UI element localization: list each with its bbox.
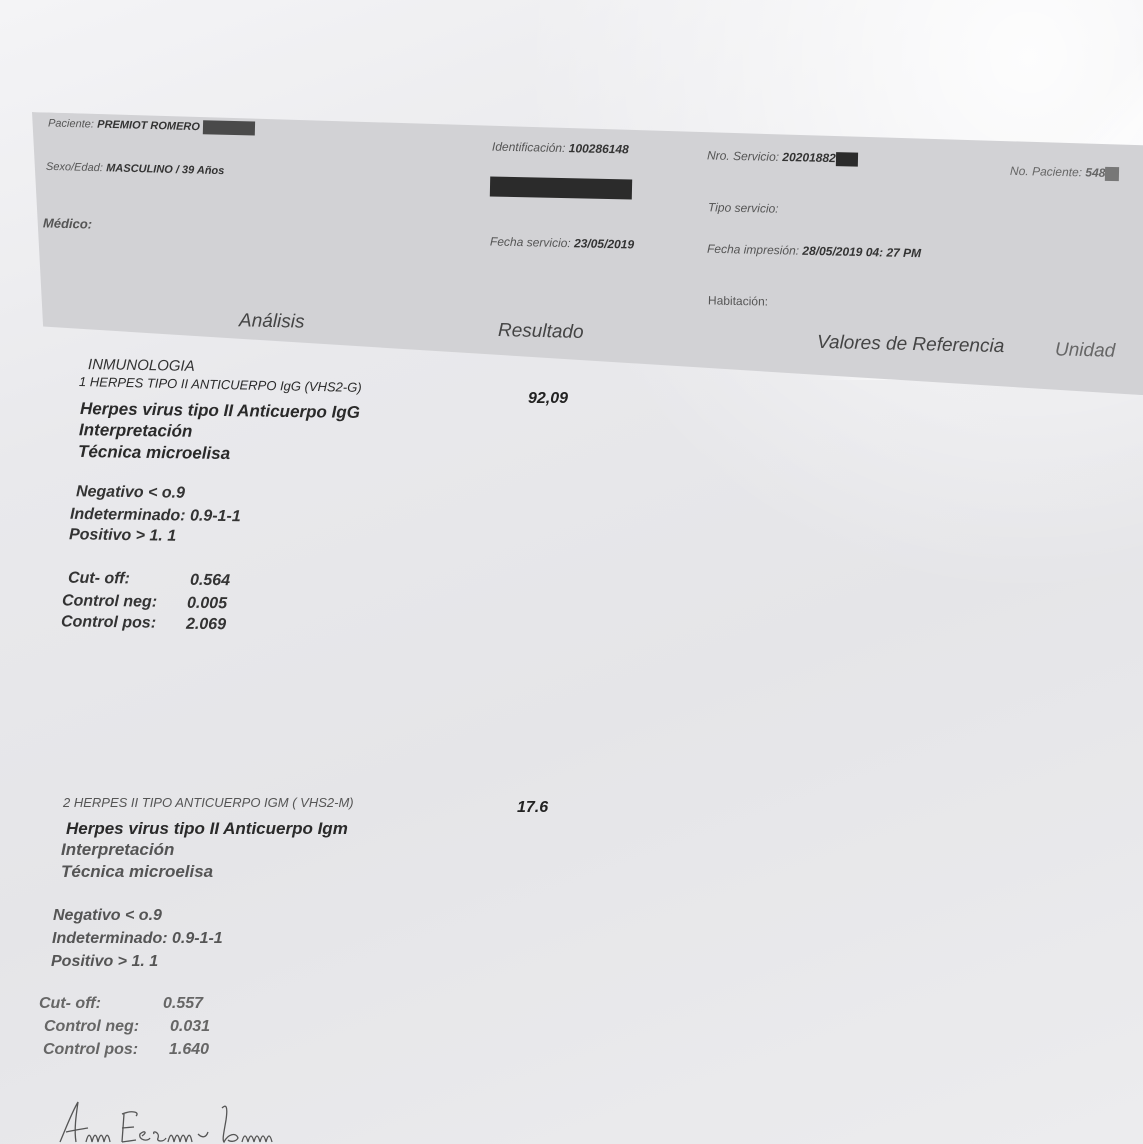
control-neg-label: Control neg: [44,1018,139,1036]
column-header-analysis: Análisis [239,310,305,333]
ref-positive: Positivo > 1. 1 [69,526,176,545]
ref-indeterminate: Indeterminado: 0.9-1-1 [70,506,241,526]
service-number-label: Nro. Servicio: [707,148,779,164]
print-date-label: Fecha impresión: [707,242,799,258]
patient-number-value: 548 [1085,165,1105,179]
column-header-result: Resultado [498,320,584,344]
room-label: Habitación: [708,293,768,308]
service-number-value: 20201882 [782,150,836,165]
sex-age-label: Sexo/Edad: [46,161,103,174]
ref-positive: Positivo > 1. 1 [51,953,158,971]
signature-icon [52,1098,292,1144]
control-neg-value: 0.031 [170,1018,210,1036]
ref-indeterminate: Indeterminado: 0.9-1-1 [52,930,223,948]
test-interpretation: Interpretación [79,420,193,442]
identification-label: Identificación: [492,140,566,156]
cutoff-value: 0.557 [163,995,203,1013]
patient-label: Paciente: [48,117,94,130]
service-number-field: Nro. Servicio: 20201882 [707,148,858,166]
doctor-label: Médico: [43,215,92,231]
patient-value: PREMIOT ROMERO [97,119,200,134]
control-pos-value: 2.069 [186,616,226,635]
cutoff-value: 0.564 [190,572,230,591]
test-interpretation: Interpretación [61,840,174,860]
print-date-value: 28/05/2019 04: 27 PM [802,244,921,260]
test-code-line: 2 HERPES II TIPO ANTICUERPO IGM ( VHS2-M… [63,795,354,810]
patient-number-field: No. Paciente: 548 [1010,164,1120,181]
test-name: Herpes virus tipo II Anticuerpo IgG [80,399,360,423]
cutoff-label: Cut- off: [68,570,130,589]
redaction-block [490,177,632,200]
redaction-bar [203,120,255,135]
column-header-reference: Valores de Referencia [817,332,1005,358]
test-result: 92,09 [528,390,568,408]
redaction-bar [836,152,858,166]
ref-negative: Negativo < o.9 [53,907,162,925]
control-neg-value: 0.005 [187,595,227,614]
test-name: Herpes virus tipo II Anticuerpo Igm [66,819,348,839]
patient-number-label: No. Paciente: [1010,164,1082,180]
column-header-unit: Unidad [1055,339,1116,362]
control-pos-value: 1.640 [169,1041,209,1059]
section-title: INMUNOLOGIA [88,356,195,375]
identification-value: 100286148 [569,141,629,156]
redaction-bar [490,177,632,200]
redaction-bar [1105,167,1119,181]
service-date-field: Fecha servicio: 23/05/2019 [490,234,634,251]
test-technique: Técnica microelisa [61,862,213,882]
service-type-label: Tipo servicio: [708,200,779,215]
test-technique: Técnica microelisa [78,442,230,464]
service-date-value: 23/05/2019 [574,236,634,251]
ref-negative: Negativo < o.9 [76,483,185,503]
control-pos-label: Control pos: [61,613,156,632]
test-result: 17.6 [517,799,548,817]
service-date-label: Fecha servicio: [490,234,571,250]
control-neg-label: Control neg: [62,592,157,611]
identification-field: Identificación: 100286148 [492,140,629,157]
test-code-line: 1 HERPES TIPO II ANTICUERPO IgG (VHS2-G) [79,374,362,395]
cutoff-label: Cut- off: [39,995,101,1013]
control-pos-label: Control pos: [43,1041,138,1059]
